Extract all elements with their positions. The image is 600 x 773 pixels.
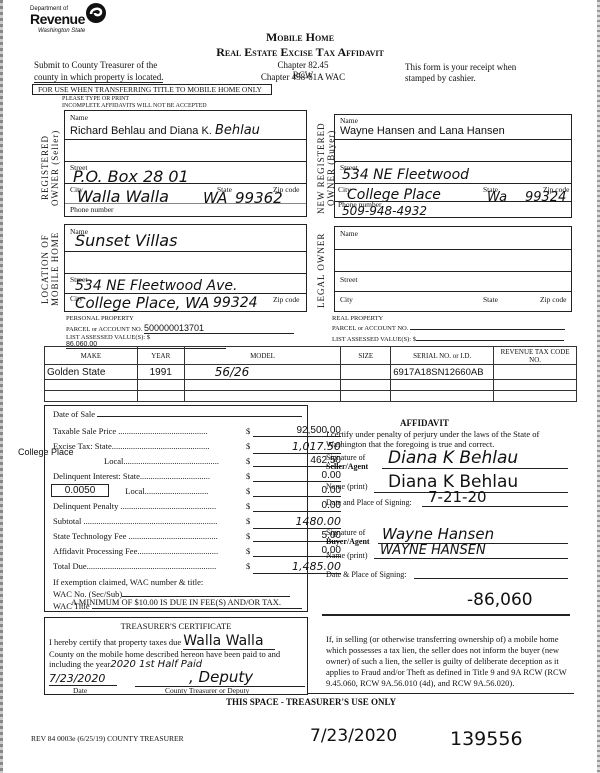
mobile-home-banner: FOR USE WHEN TRANSFERRING TITLE TO MOBIL… (32, 84, 272, 95)
legal-owner-box: Name Street City State Zip code (334, 226, 572, 312)
table-row: Golden State 1991 56/26 6917A18SN12660AB (45, 365, 577, 380)
legal-owner-section-label: LEGAL OWNER (316, 228, 336, 312)
seller-zip-field[interactable]: 99362 (235, 189, 283, 207)
real-account-row: PARCEL or ACCOUNT NO. (332, 323, 572, 332)
table-row (45, 391, 577, 402)
fee-row-affidavit-processing-fee: Affidavit Processing Fee................… (53, 546, 343, 560)
fee-row-excise-state: Excise Tax: State.......................… (53, 441, 343, 455)
divider (322, 614, 570, 616)
fee-box: Date of Sale Taxable Sale Price ........… (44, 405, 308, 612)
location-street-field[interactable]: 534 NE Fleetwood Ave. (75, 278, 237, 294)
seller-box: Name Richard Behlau and Diana K. Behlau … (64, 110, 307, 217)
receipt-note: This form is your receipt when (405, 62, 516, 72)
minimum-fee-note: A MINIMUM OF $10.00 IS DUE IN FEE(S) AND… (44, 597, 308, 607)
buyer-street-field[interactable]: 534 NE Fleetwood (342, 167, 469, 183)
treasurer-use-only-label: THIS SPACE - TREASURER'S USE ONLY (226, 697, 396, 707)
lien-notice: If, in selling (or otherwise transferrin… (326, 634, 574, 689)
treasurer-county-field[interactable]: Walla Walla (183, 633, 275, 650)
location-name-field[interactable]: Sunset Villas (75, 231, 177, 250)
affidavit-text: I certify under penalty of perjury under… (326, 429, 566, 449)
seller-signature-label: Signature ofSeller/Agent (326, 453, 368, 471)
location-section-label: LOCATION OFMOBILE HOME (40, 226, 66, 312)
buyer-state-field[interactable]: Wa (487, 190, 507, 205)
fee-row-delinquent-interest-state: Delinquent Interest: State..............… (53, 471, 343, 485)
receipt-number: 139556 (450, 728, 523, 750)
location-box: Name Sunset Villas Street 534 NE Fleetwo… (64, 224, 307, 312)
buyer-phone-field[interactable]: 509-948-4932 (342, 204, 427, 218)
fee-row-delinquent-penalty: Delinquent Penalty .....................… (53, 501, 343, 515)
personal-account-field[interactable]: 500000013701 (144, 323, 294, 334)
fee-row-excise-local: Local...................................… (53, 456, 343, 470)
stamp-date: 7/23/2020 (310, 726, 397, 746)
fee-row-taxable-sale-price: Taxable Sale Price .....................… (53, 426, 343, 440)
treasurer-signature-field[interactable]: , Deputy (135, 668, 305, 687)
table-row (45, 380, 577, 391)
buyer-date-field[interactable] (414, 570, 568, 579)
buyer-name-field[interactable]: Wayne Hansen and Lana Hansen (340, 125, 505, 137)
submit-instruction: Submit to County Treasurer of the (34, 60, 157, 70)
revenue-swirl-icon (85, 2, 107, 24)
buyer-box: Name Wayne Hansen and Lana Hansen Street… (334, 114, 572, 218)
buyer-signature-label: Signature ofBuyer/Agent (326, 528, 370, 546)
dor-logo: Department of Revenue Washington State (30, 2, 110, 38)
treasurer-date-field[interactable]: 7/23/2020 (49, 672, 117, 686)
affidavit-title: AFFIDAVIT (400, 418, 449, 428)
table-header-row: MAKE YEAR MODEL SIZE SERIAL NO. or I.D. … (45, 347, 577, 365)
fee-row-state-technology-fee: State Technology Fee ...................… (53, 531, 343, 545)
seller-date-field[interactable]: 7-21-20 (422, 488, 568, 507)
personal-account-row: PARCEL or ACCOUNT NO. 500000013701 (66, 323, 306, 334)
treasurer-county-row: I hereby certify that property taxes due… (49, 633, 307, 650)
divider (308, 693, 574, 694)
treasurer-certificate-box: TREASURER'S CERTIFICATE I hereby certify… (44, 617, 308, 695)
local-rate-field[interactable]: 0.0050 (51, 484, 109, 497)
fee-row-subtotal: Subtotal ...............................… (53, 516, 343, 530)
real-assessed-field[interactable] (416, 334, 564, 341)
date-of-sale-row: Date of Sale (53, 409, 303, 419)
chapter-wac: Chapter 458-61A WAC (258, 72, 348, 82)
seller-section-label: REGISTEREDOWNER (Seller) (40, 118, 66, 218)
fee-row-total-due: Total Due...............................… (53, 561, 343, 575)
date-of-sale-field[interactable] (97, 409, 302, 417)
buyer-signature-field[interactable]: Wayne Hansen (378, 525, 568, 544)
seller-signature-field[interactable]: Diana K Behlau (382, 448, 568, 469)
seller-state-field[interactable]: WA (203, 189, 227, 207)
handwritten-annotation: -86,060 (467, 590, 533, 610)
seller-name-field[interactable]: Richard Behlau and Diana K. Behlau (70, 123, 260, 138)
mobile-home-table: MAKE YEAR MODEL SIZE SERIAL NO. or I.D. … (44, 346, 577, 402)
buyer-print-name-field[interactable]: WAYNE HANSEN (374, 543, 568, 559)
buyer-zip-field[interactable]: 99324 (525, 190, 566, 205)
real-assessed-row: LIST ASSESSED VALUE(S): $ (332, 334, 572, 343)
form-id: REV 84 0003e (6/25/19) COUNTY TREASURER (31, 734, 184, 743)
wac-no-field[interactable] (122, 589, 290, 597)
location-zip-field[interactable]: 99324 (213, 295, 258, 311)
form-title: Mobile Home Real Estate Excise Tax Affid… (200, 30, 400, 60)
real-account-field[interactable] (410, 323, 565, 330)
location-city-field[interactable]: College Place, WA (75, 294, 210, 312)
scan-edge-left (0, 0, 3, 773)
